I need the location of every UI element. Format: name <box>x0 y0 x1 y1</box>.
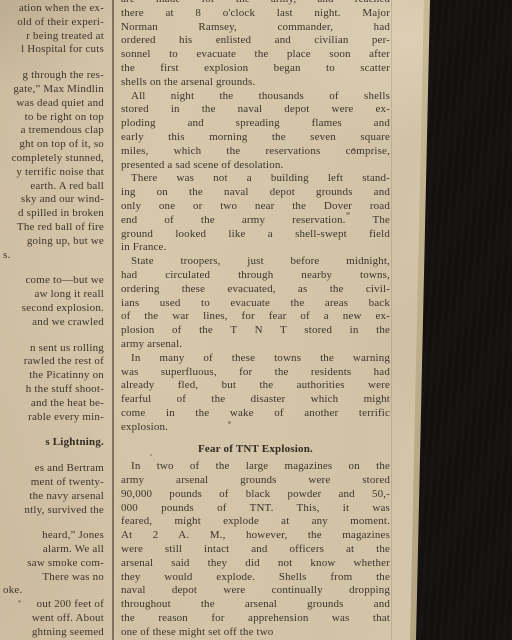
article-text-line: explosion. <box>121 421 390 435</box>
article-text-line: are made for the army, and reached <box>121 0 390 7</box>
article-text-line: they would explode. Shells from the <box>121 571 390 585</box>
left-text-line: a tremendous clap <box>0 124 110 138</box>
paragraph-gap <box>0 424 110 436</box>
article-text-line: only one or two near the Dover road <box>121 200 390 214</box>
left-text-line: ntly, survived the <box>0 504 110 518</box>
left-text-line: ghtning seemed <box>0 626 110 640</box>
article-text-line: of the war lines, for fear of a new ex- <box>121 310 390 324</box>
left-text-line: The red ball of fire <box>0 221 110 235</box>
article-text-line: ground looked like a shell-swept field <box>121 228 390 242</box>
article-text-line: 90,000 pounds of black powder and 50,- <box>121 488 390 502</box>
paragraph-gap <box>0 450 110 462</box>
article-text-line: were still intact and officers at the <box>121 543 390 557</box>
article-text-line: All night the thousands of shells <box>121 90 390 104</box>
left-text-line: sky and our wind- <box>0 193 110 207</box>
left-text-line: second explosion. <box>0 302 110 316</box>
left-text-line: to be right on top <box>0 111 110 125</box>
left-text-line: aw long it reall <box>0 288 110 302</box>
left-text-line: was dead quiet and <box>0 97 110 111</box>
left-text-line: ation when the ex- <box>0 2 110 16</box>
left-text-line: ght on top of it, so <box>0 138 110 152</box>
article-text-line: already fled, but the authorities were <box>121 379 390 393</box>
left-text-line: old of their experi- <box>0 16 110 30</box>
left-text-line: the navy arsenal <box>0 490 110 504</box>
article-text-line: army arsenal grounds were stored <box>121 474 390 488</box>
left-text-line: rawled the rest of <box>0 355 110 369</box>
article-text-line: At 2 A. M., however, the magazines <box>121 529 390 543</box>
article-text-line: army arsenal. <box>121 338 390 352</box>
article-text-line: fearful of the disaster which might <box>121 393 390 407</box>
article-text-line: naval depot were continually dropping <box>121 584 390 598</box>
article-text-line: early this morning the seven square <box>121 131 390 145</box>
article-text-line: arsenal said they did not know whether <box>121 557 390 571</box>
left-text-line: oke. <box>0 584 110 598</box>
right-column-rule <box>391 0 392 640</box>
left-text-line: gate,” Max Mindlin <box>0 83 110 97</box>
article-text-line: There was not a building left stand- <box>121 172 390 186</box>
article-text-line: In many of these towns the warning <box>121 352 390 366</box>
left-text-line: ment of twenty- <box>0 476 110 490</box>
article-text-line: one of these might set off the two <box>121 626 390 640</box>
article-text-line: 000 pounds of TNT. This, it was <box>121 502 390 516</box>
article-paragraph: In two of the large magazines on thearmy… <box>121 460 390 639</box>
left-text-line: rable every min- <box>0 411 110 425</box>
left-text-line: g through the res- <box>0 69 110 83</box>
left-text-line: out 200 feet of <box>0 598 110 612</box>
article-paragraph: All night the thousands of shellsstored … <box>121 90 390 173</box>
left-text-line: saw smoke com- <box>0 557 110 571</box>
paragraph-gap <box>0 262 110 274</box>
article-text-line: ordering these evacuated, as the civil- <box>121 283 390 297</box>
article-text-line: In two of the large magazines on the <box>121 460 390 474</box>
left-text-line: h the stuff shoot- <box>0 383 110 397</box>
left-text-line: went off. About <box>0 612 110 626</box>
article-text-line: ians used to evacuate the areas back <box>121 297 390 311</box>
article-paragraph: State troopers, just before midnight,had… <box>121 255 390 352</box>
left-text-line: l Hospital for cuts <box>0 43 110 57</box>
article-text-line: presented a sad scene of desolation. <box>121 159 390 173</box>
left-text-line: r being treated at <box>0 30 110 44</box>
left-text-line: and the heat be- <box>0 397 110 411</box>
left-column: ation when the ex-old of their experi-r … <box>0 2 110 640</box>
article-text-line: plosion of the T N T stored in the <box>121 324 390 338</box>
article-text-line: ordered his enlisted and civilian per- <box>121 34 390 48</box>
article-column: are made for the army, and reachedthere … <box>121 0 390 640</box>
article-text-line: the first explosion began to scatter <box>121 62 390 76</box>
left-text-line: earth. A red ball <box>0 180 110 194</box>
article-paragraph: In many of these towns the warningwas su… <box>121 352 390 435</box>
left-text-line: the Picatinny on <box>0 369 110 383</box>
paragraph-gap <box>0 57 110 69</box>
article-text-line: ploding and spreading flames and <box>121 117 390 131</box>
left-text-line: s. <box>0 249 110 263</box>
left-text-line: There was no <box>0 571 110 585</box>
article-text-line: had circulated through nearby towns, <box>121 269 390 283</box>
left-text-line: going up, but we <box>0 235 110 249</box>
article-text-line: State troopers, just before midnight, <box>121 255 390 269</box>
article-text-line: miles, which the reservations comprise, <box>121 145 390 159</box>
column-divider-rule <box>112 0 114 640</box>
article-text-line: there at 8 o'clock last night. Major <box>121 7 390 21</box>
article-text-line: stored in the naval depot were ex- <box>121 103 390 117</box>
article-paragraph: are made for the army, and reachedthere … <box>121 0 390 90</box>
article-text-line: was superfluous, for the residents had <box>121 366 390 380</box>
left-text-line: and we crawled <box>0 316 110 330</box>
article-text-line: shells on the arsenal grounds. <box>121 76 390 90</box>
article-text-line: end of the army reservation. The <box>121 214 390 228</box>
left-text-line: alarm. We all <box>0 543 110 557</box>
left-text-line: heard,” Jones <box>0 529 110 543</box>
paragraph-gap <box>0 517 110 529</box>
article-text-line: come in the wake of another terrific <box>121 407 390 421</box>
left-text-line: n sent us rolling <box>0 342 110 356</box>
article-text-line: the reason for apprehension was that <box>121 612 390 626</box>
article-text-line: throughout the arsenal grounds and <box>121 598 390 612</box>
photo-background: ation when the ex-old of their experi-r … <box>0 0 512 640</box>
left-subheading-fragment: s Lightning. <box>0 436 110 450</box>
article-text-line: sonnel to evacuate the place soon after <box>121 48 390 62</box>
article-text-line: in France. <box>121 241 390 255</box>
left-text-line: y terrific noise that <box>0 166 110 180</box>
left-text-line: d spilled in broken <box>0 207 110 221</box>
article-text-line: feared, might explode at any moment. <box>121 515 390 529</box>
paragraph-gap <box>0 330 110 342</box>
article-text-line: ing on the naval depot grounds and <box>121 186 390 200</box>
article-paragraph: There was not a building left stand-ing … <box>121 172 390 255</box>
left-text-line: es and Bertram <box>0 462 110 476</box>
article-subheading: Fear of TNT Explosion. <box>121 443 390 457</box>
newspaper-clipping: ation when the ex-old of their experi-r … <box>0 0 512 640</box>
article-text-line: Norman Ramsey, commander, had <box>121 21 390 35</box>
left-text-line: come to—but we <box>0 274 110 288</box>
left-text-line: completely stunned, <box>0 152 110 166</box>
